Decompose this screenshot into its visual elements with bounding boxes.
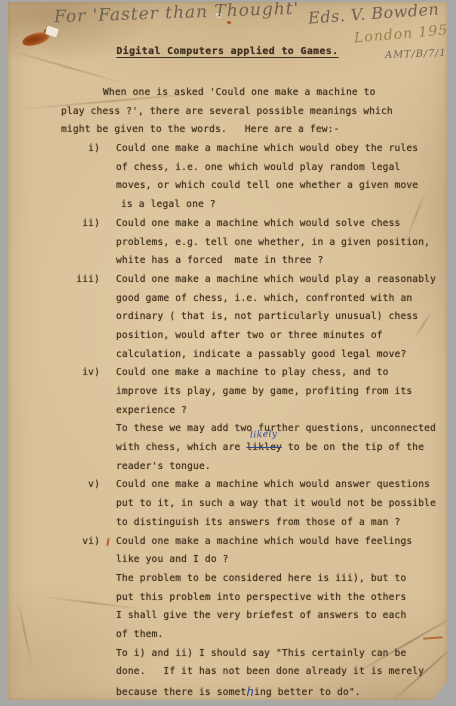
rust-stain-dot xyxy=(44,29,50,34)
typed-line: vi)Could one make a machine which would … xyxy=(8,533,447,552)
typed-line: The problem to be considered here is iii… xyxy=(8,570,447,589)
typed-line: because there is something better to do"… xyxy=(8,682,447,701)
typed-line: calculation, indicate a passably good le… xyxy=(8,346,447,365)
typed-line: iii)Could one make a machine which would… xyxy=(8,271,447,290)
typed-line: to distinguish its answers from those of… xyxy=(8,514,447,533)
handwritten-editor: Eds. V. Bowden xyxy=(307,0,439,28)
handwritten-place-date: London 1953 xyxy=(354,21,456,46)
item-numeral: iv) xyxy=(48,364,100,383)
item-numeral: iii) xyxy=(48,271,100,290)
typed-line: is a legal one ? xyxy=(8,196,447,215)
typed-line: done. If it has not been done already it… xyxy=(8,663,447,682)
typed-line: reader's tongue. xyxy=(8,458,447,477)
typed-line: position, would after two or three minut… xyxy=(8,327,447,346)
item-numeral: vi) xyxy=(48,533,100,552)
paper-damage-patch xyxy=(45,25,59,37)
rust-speck xyxy=(227,21,231,24)
typed-line: good game of chess, i.e. which, confront… xyxy=(8,290,447,309)
typed-line: play chess ?', there are several possibl… xyxy=(8,103,447,122)
struck-word: likleylikely xyxy=(246,439,282,458)
typed-line: experience ? xyxy=(8,402,447,421)
typed-line: white has a forced mate in three ? xyxy=(8,252,447,271)
scan-background: { "colors":{ "scan_background":"#a8a8a6"… xyxy=(0,0,456,706)
typed-line: of chess, i.e. one which would play rand… xyxy=(8,159,447,178)
typed-line: put this problem into perspective with t… xyxy=(8,589,447,608)
typed-line: of them. xyxy=(8,626,447,645)
typed-line: ii)Could one make a machine which would … xyxy=(8,215,447,234)
typed-line: moves, or which could tell one whether a… xyxy=(8,177,447,196)
item-numeral: i) xyxy=(48,140,100,159)
typed-line: might be given to the words. Here are a … xyxy=(8,121,447,140)
typed-line: like you and I do ? xyxy=(8,551,447,570)
handwritten-dedication: For 'Faster than Thought' xyxy=(54,0,300,27)
document-title: Digital Computers applied to Games. xyxy=(8,46,447,57)
typed-line: with chess, which are likleylikely to be… xyxy=(8,439,447,458)
typed-line: I shall give the very briefest of answer… xyxy=(8,607,447,626)
manuscript-paper: For 'Faster than Thought' Eds. V. Bowden… xyxy=(8,2,447,700)
ink-mark xyxy=(106,537,109,545)
typed-line: ordinary ( that is, not particularly unu… xyxy=(8,308,447,327)
handwritten-insertion: h xyxy=(246,684,254,699)
item-numeral: v) xyxy=(48,476,100,495)
typed-lines: When one is asked 'Could one make a mach… xyxy=(8,84,447,701)
typed-line: problems, e.g. tell one whether, in a gi… xyxy=(8,234,447,253)
handwritten-correction: likely xyxy=(250,429,278,440)
typed-line: i)Could one make a machine which would o… xyxy=(8,140,447,159)
typed-line: put to it, in such a way that it would n… xyxy=(8,495,447,514)
typed-line: To i) and ii) I should say "This certain… xyxy=(8,645,447,664)
typed-line: When one is asked 'Could one make a mach… xyxy=(8,84,447,103)
typed-line: improve its play, game by game, profitin… xyxy=(8,383,447,402)
typed-line: iv)Could one make a machine to play ches… xyxy=(8,364,447,383)
typed-line: To these we may add two further question… xyxy=(8,420,447,439)
typed-line: v)Could one make a machine which would a… xyxy=(8,476,447,495)
item-numeral: ii) xyxy=(48,215,100,234)
